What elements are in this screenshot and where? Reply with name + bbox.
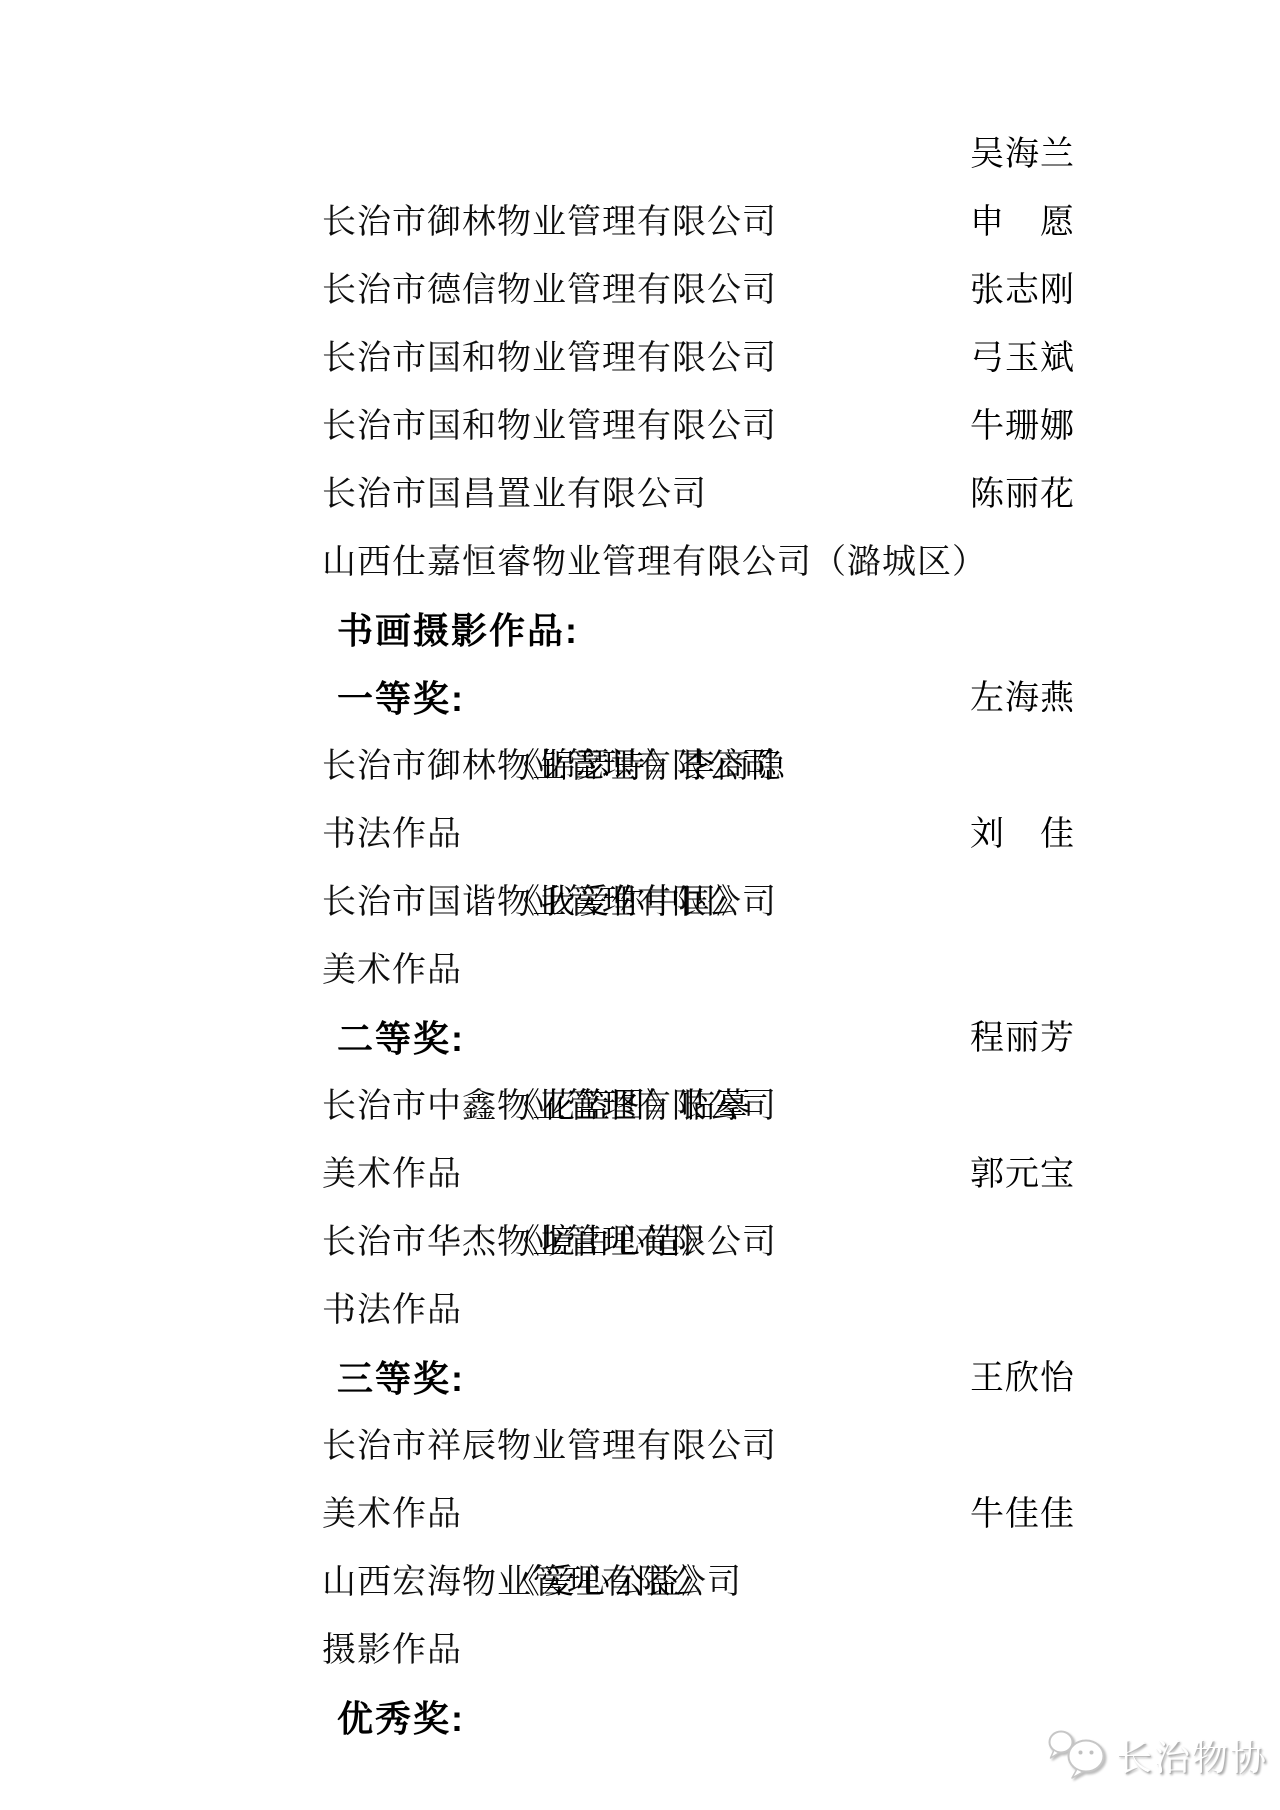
section-header-label: 优秀奖: [337, 1698, 465, 1739]
wechat-icon [1046, 1726, 1110, 1784]
award-row: 长治市中鑫物业管理有限公司 程丽芳 [0, 1005, 1280, 1073]
award-row: 长治市华杰物业管理有限公司 郭元宝 [0, 1141, 1280, 1209]
section-header-first-prize: 一等奖: [0, 597, 1280, 665]
document-page: 长治市御林物业管理有限公司 吴海兰 长治市德信物业管理有限公司 申 愿 长治市国… [0, 0, 1280, 1810]
award-row: 长治市德信物业管理有限公司 申 愿 [0, 189, 1280, 257]
artwork-row: 书法作品 《锦瑟诗》李商隐 [0, 733, 1280, 801]
award-row: 长治市御林物业管理有限公司 吴海兰 [0, 121, 1280, 189]
person-name: 弓玉斌 [970, 325, 1075, 393]
person-name: 吴海兰 [970, 121, 1075, 189]
person-name: 申 愿 [970, 189, 1075, 257]
award-row: 山西仕嘉恒睿物业管理有限公司（潞城区） 陈丽花 [0, 461, 1280, 529]
award-row: 长治市御林物业管理有限公司 左海燕 [0, 665, 1280, 733]
award-row: 长治市国昌置业有限公司 牛珊娜 [0, 393, 1280, 461]
award-row: 长治市祥辰物业管理有限公司 王欣怡 [0, 1345, 1280, 1413]
person-name: 郭元宝 [970, 1141, 1075, 1209]
wechat-watermark: 长治物协 [1046, 1726, 1268, 1784]
artwork-title: 《爱心公益》 [506, 1549, 716, 1617]
section-header-second-prize: 二等奖: [0, 937, 1280, 1005]
artwork-title: 《花篮图》临摹 [506, 1073, 751, 1141]
award-row: 长治市国和物业管理有限公司 张志刚 [0, 257, 1280, 325]
artwork-title: 《境由心造》 [506, 1209, 716, 1277]
person-name: 王欣怡 [970, 1345, 1075, 1413]
watermark-label: 长治物协 [1116, 1730, 1268, 1781]
artwork-row: 美术作品 《花篮图》临摹 [0, 1073, 1280, 1141]
artwork-row: 美术作品 [0, 1413, 1280, 1481]
award-row: 长治市国和物业管理有限公司 弓玉斌 [0, 325, 1280, 393]
person-name: 陈丽花 [970, 461, 1075, 529]
award-row: 山西宏海物业管理有限公司 牛佳佳 [0, 1481, 1280, 1549]
section-header-third-prize: 三等奖: [0, 1277, 1280, 1345]
artwork-row: 摄影作品 《爱心公益》 [0, 1549, 1280, 1617]
person-name: 程丽芳 [970, 1005, 1075, 1073]
artwork-row: 美术作品 《我爱你中国》 [0, 869, 1280, 937]
award-row: 长治市国谐物业管理有限公司 刘 佳 [0, 801, 1280, 869]
award-list: 长治市御林物业管理有限公司 吴海兰 长治市德信物业管理有限公司 申 愿 长治市国… [0, 0, 1280, 1685]
artwork-title: 《我爱你中国》 [506, 869, 751, 937]
person-name: 牛珊娜 [970, 393, 1075, 461]
person-name: 刘 佳 [970, 801, 1075, 869]
person-name: 张志刚 [970, 257, 1075, 325]
person-name: 左海燕 [970, 665, 1075, 733]
section-header-artworks: 书画摄影作品: [0, 529, 1280, 597]
person-name: 牛佳佳 [970, 1481, 1075, 1549]
artwork-title: 《锦瑟诗》李商隐 [506, 733, 786, 801]
section-header-excellence-prize: 优秀奖: [0, 1617, 1280, 1685]
artwork-row: 书法作品 《境由心造》 [0, 1209, 1280, 1277]
